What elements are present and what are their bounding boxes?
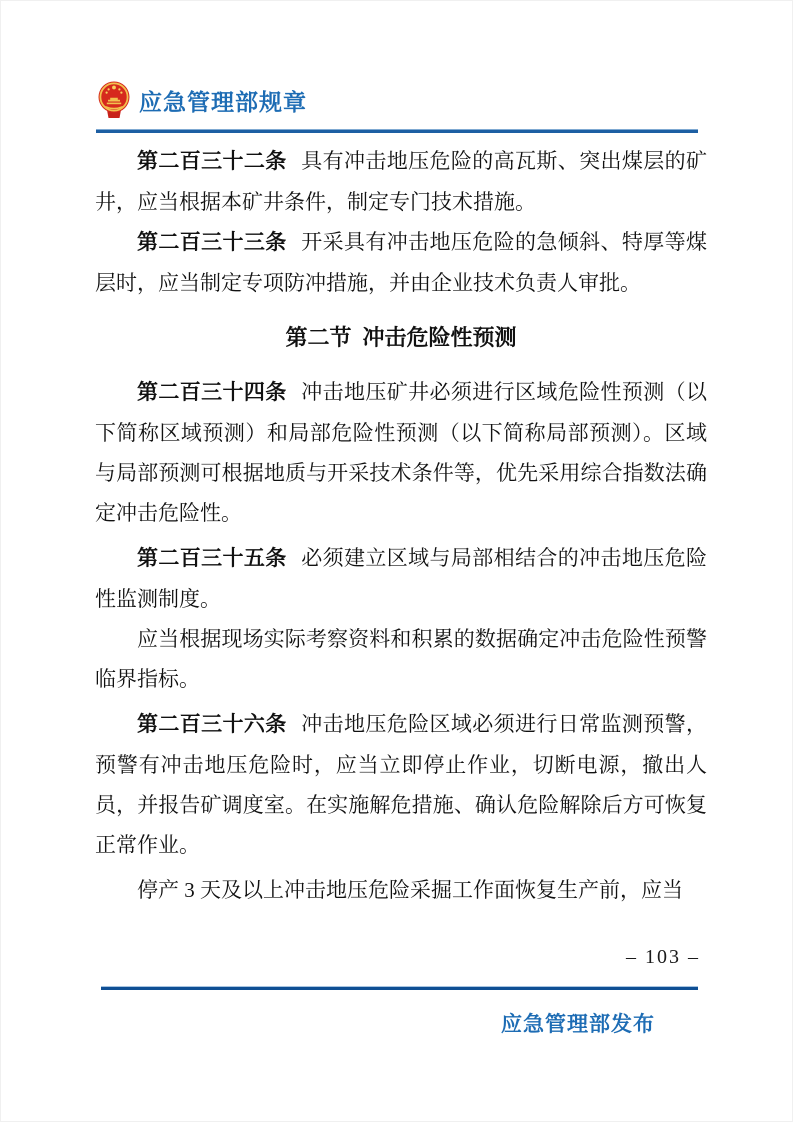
article-235-continuation-text: 应当根据现场实际考察资料和积累的数据确定冲击危险性预警临界指标。 bbox=[95, 627, 707, 691]
section-heading-label: 第二节 bbox=[285, 325, 351, 350]
article-236-continuation-text: 停产 3 天及以上冲击地压危险采掘工作面恢复生产前，应当 bbox=[137, 878, 683, 902]
article-236-continuation-paragraph: 停产 3 天及以上冲击地压危险采掘工作面恢复生产前，应当 bbox=[95, 870, 707, 910]
header-title: 应急管理部规章 bbox=[139, 87, 307, 114]
article-235-continuation-paragraph: 应当根据现场实际考察资料和积累的数据确定冲击危险性预警临界指标。 bbox=[95, 619, 707, 699]
footer-rule bbox=[101, 986, 698, 990]
article-236-number: 第二百三十六条 bbox=[137, 713, 287, 736]
article-232-number: 第二百三十二条 bbox=[137, 150, 287, 173]
section-heading: 第二节冲击危险性预测 bbox=[95, 303, 707, 372]
document-page: 应急管理部规章 第二百三十二条具有冲击地压危险的高瓦斯、突出煤层的矿井，应当根据… bbox=[0, 0, 793, 1122]
publisher-label: 应急管理部发布 bbox=[501, 1008, 655, 1038]
article-235-number: 第二百三十五条 bbox=[137, 547, 287, 570]
header-rule bbox=[96, 129, 698, 133]
article-235-paragraph: 第二百三十五条必须建立区域与局部相结合的冲击地压危险性监测制度。 bbox=[95, 538, 707, 619]
article-234-paragraph: 第二百三十四条冲击地压矿井必须进行区域危险性预测（以下简称区域预测）和局部危险性… bbox=[95, 372, 707, 533]
section-heading-title: 冲击危险性预测 bbox=[363, 325, 517, 350]
article-232-paragraph: 第二百三十二条具有冲击地压危险的高瓦斯、突出煤层的矿井，应当根据本矿井条件，制定… bbox=[95, 141, 707, 222]
page-header: 应急管理部规章 bbox=[96, 80, 702, 120]
article-236-paragraph: 第二百三十六条冲击地压危险区域必须进行日常监测预警，预警有冲击地压危险时，应当立… bbox=[95, 704, 707, 865]
article-234-number: 第二百三十四条 bbox=[137, 381, 287, 404]
page-number: – 103 – bbox=[626, 946, 700, 969]
article-233-number: 第二百三十三条 bbox=[137, 231, 287, 254]
article-233-paragraph: 第二百三十三条开采具有冲击地压危险的急倾斜、特厚等煤层时，应当制定专项防冲措施，… bbox=[95, 222, 707, 303]
national-emblem-icon bbox=[96, 80, 132, 120]
document-body: 第二百三十二条具有冲击地压危险的高瓦斯、突出煤层的矿井，应当根据本矿井条件，制定… bbox=[95, 141, 707, 910]
